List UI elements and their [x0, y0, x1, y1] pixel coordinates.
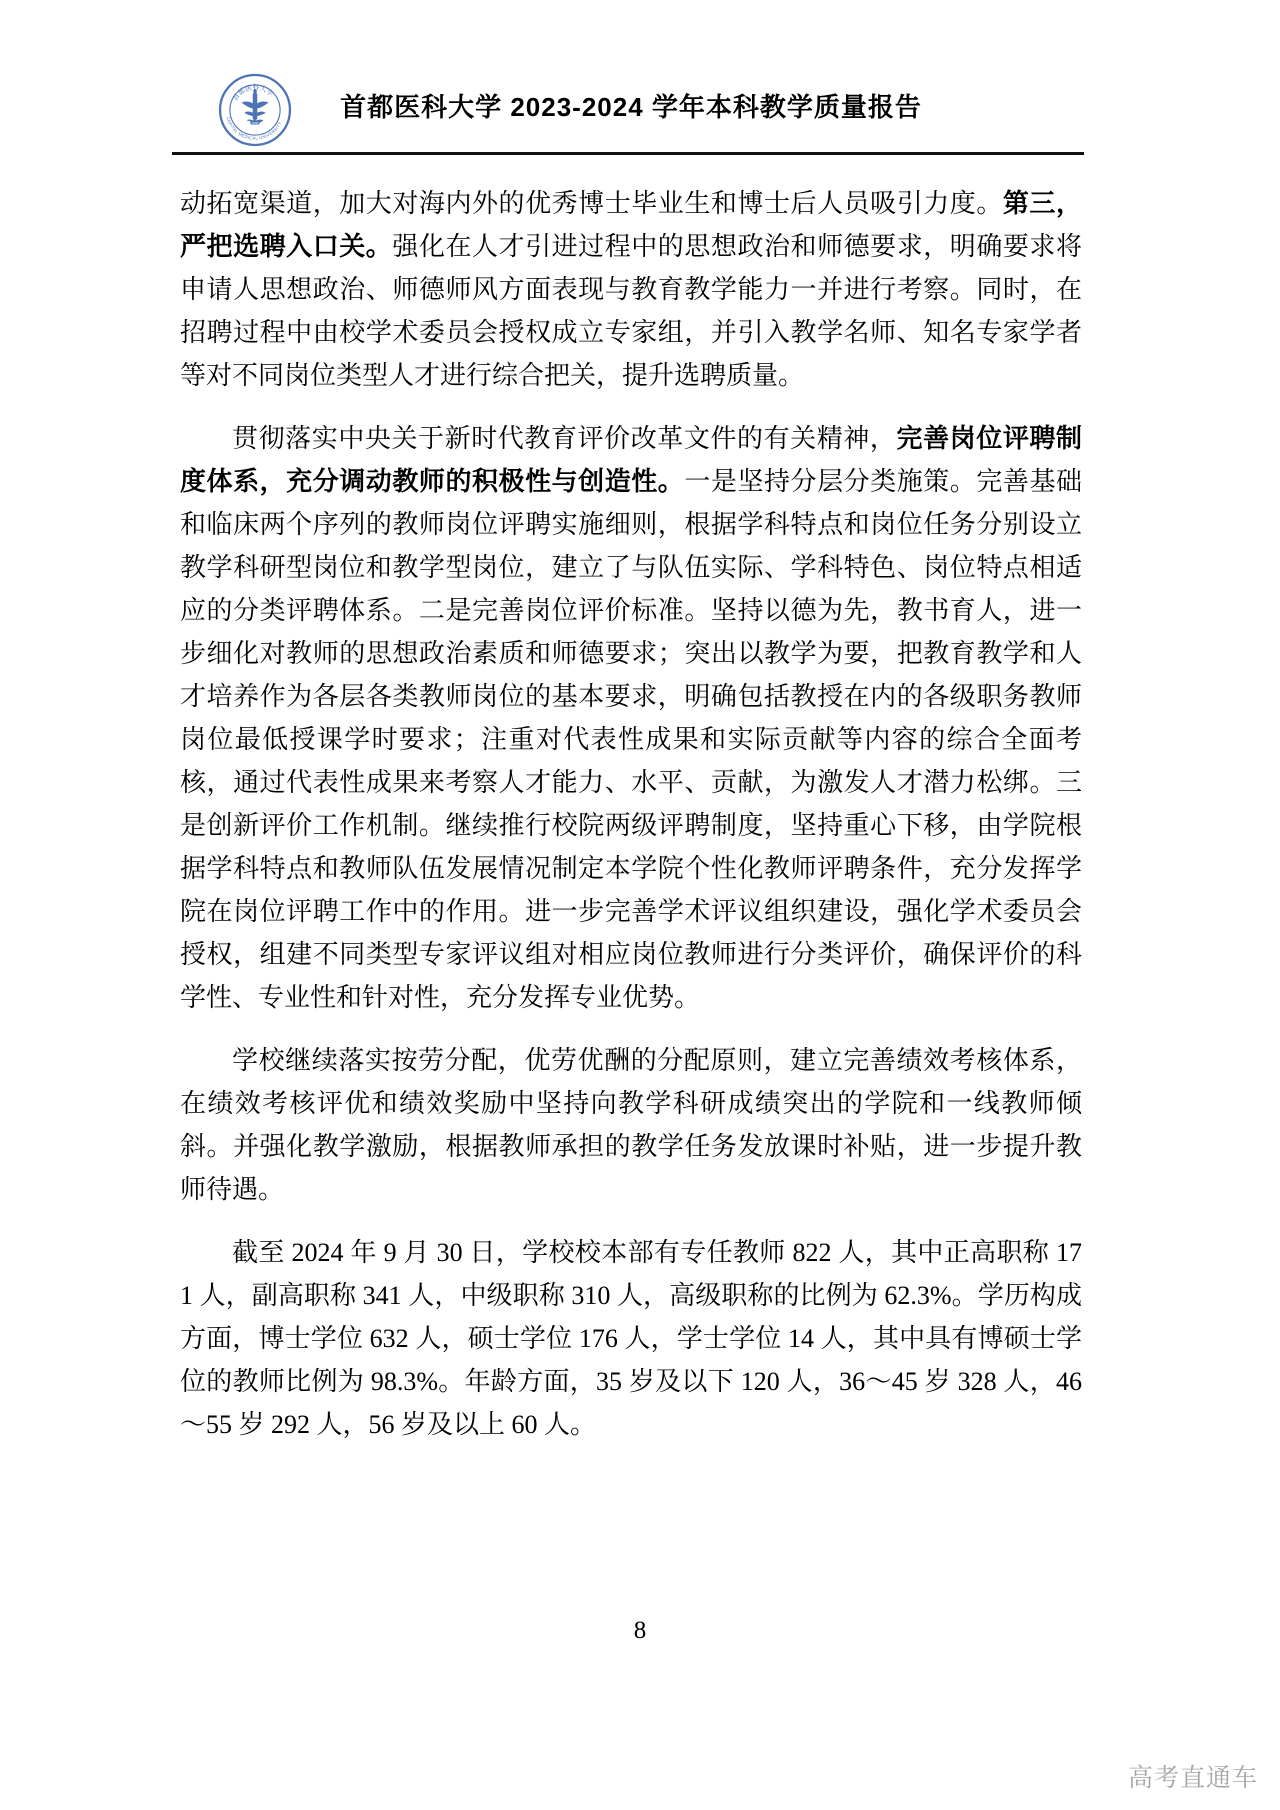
text-run: 学校继续落实按劳分配，优劳优酬的分配原则，建立完善绩效考核体系，在绩效考核评优和… — [180, 1046, 1082, 1204]
paragraph: 贯彻落实中央关于新时代教育评价改革文件的有关精神，完善岗位评聘制度体系，充分调动… — [180, 417, 1082, 1019]
report-body: 动拓宽渠道，加大对海内外的优秀博士毕业生和博士后人员吸引力度。第三，严把选聘入口… — [180, 182, 1082, 1446]
text-run: 动拓宽渠道，加大对海内外的优秀博士毕业生和博士后人员吸引力度。 — [180, 189, 1003, 218]
paragraph: 动拓宽渠道，加大对海内外的优秀博士毕业生和博士后人员吸引力度。第三，严把选聘入口… — [180, 182, 1082, 397]
paragraph: 学校继续落实按劳分配，优劳优酬的分配原则，建立完善绩效考核体系，在绩效考核评优和… — [180, 1039, 1082, 1211]
text-run: 贯彻落实中央关于新时代教育评价改革文件的有关精神， — [232, 424, 897, 453]
text-run: 截至 2024 年 9 月 30 日，学校校本部有专任教师 822 人，其中正高… — [180, 1238, 1082, 1439]
header-divider — [172, 152, 1084, 155]
page-number: 8 — [0, 1614, 1280, 1648]
watermark-text: 高考直通车 — [1128, 1758, 1258, 1794]
paragraph: 截至 2024 年 9 月 30 日，学校校本部有专任教师 822 人，其中正高… — [180, 1231, 1082, 1446]
text-run: 一是坚持分层分类施策。完善基础和临床两个序列的教师岗位评聘实施细则，根据学科特点… — [180, 467, 1082, 1012]
report-header-title: 首都医科大学 2023-2024 学年本科教学质量报告 — [180, 88, 1082, 126]
document-page: 首都医科大学 CAPITAL MEDICAL UNIVERSITY 1960 首… — [0, 0, 1280, 1810]
